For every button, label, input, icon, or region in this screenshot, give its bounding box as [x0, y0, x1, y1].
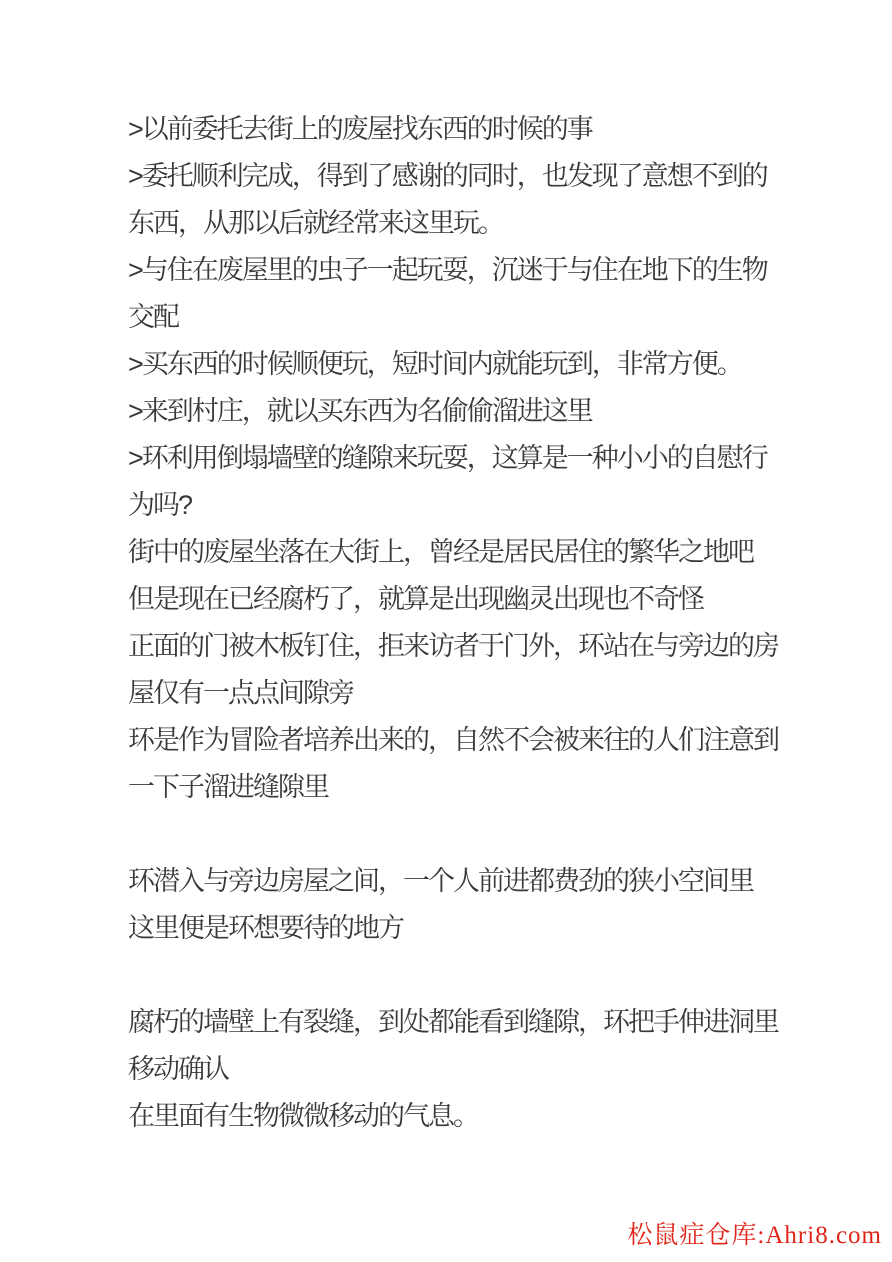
text-line: 环是作为冒险者培养出来的，自然不会被来往的人们注意到	[128, 717, 788, 764]
text-line: >委托顺利完成，得到了感谢的同时，也发现了意想不到的	[128, 153, 788, 200]
text-line	[128, 952, 788, 999]
text-line: >买东西的时候顺便玩，短时间内就能玩到，非常方便。	[128, 341, 788, 388]
site-watermark: 松鼠症仓库:Ahri8.com	[627, 1215, 882, 1251]
text-line: 为吗?	[128, 482, 788, 529]
text-line: 环潜入与旁边房屋之间，一个人前进都费劲的狭小空间里	[128, 858, 788, 905]
text-line: 屋仅有一点点间隙旁	[128, 670, 788, 717]
text-line: 移动确认	[128, 1046, 788, 1093]
text-line: 东西，从那以后就经常来这里玩。	[128, 200, 788, 247]
text-line: 一下子溜进缝隙里	[128, 764, 788, 811]
text-line: 但是现在已经腐朽了，就算是出现幽灵出现也不奇怪	[128, 576, 788, 623]
text-line: 这里便是环想要待的地方	[128, 905, 788, 952]
text-line: 正面的门被木板钉住，拒来访者于门外，环站在与旁边的房	[128, 623, 788, 670]
text-line: >环利用倒塌墙壁的缝隙来玩耍，这算是一种小小的自慰行	[128, 435, 788, 482]
text-line: 街中的废屋坐落在大街上，曾经是居民居住的繁华之地吧	[128, 529, 788, 576]
text-line: 腐朽的墙壁上有裂缝，到处都能看到缝隙，环把手伸进洞里	[128, 999, 788, 1046]
text-line: >与住在废屋里的虫子一起玩耍，沉迷于与住在地下的生物	[128, 247, 788, 294]
story-text-block: >以前委托去街上的废屋找东西的时候的事>委托顺利完成，得到了感谢的同时，也发现了…	[128, 106, 788, 1140]
text-line: >以前委托去街上的废屋找东西的时候的事	[128, 106, 788, 153]
text-line: 交配	[128, 294, 788, 341]
text-line: >来到村庄，就以买东西为名偷偷溜进这里	[128, 388, 788, 435]
text-line	[128, 811, 788, 858]
document-page: >以前委托去街上的废屋找东西的时候的事>委托顺利完成，得到了感谢的同时，也发现了…	[0, 0, 892, 1262]
text-line: 在里面有生物微微移动的气息。	[128, 1093, 788, 1140]
